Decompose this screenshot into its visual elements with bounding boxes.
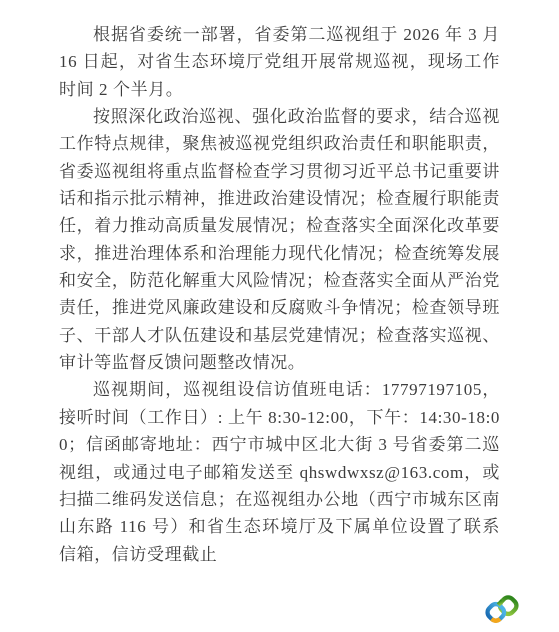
document-body: 根据省委统一部署，省委第二巡视组于 2026 年 3 月 16 日起，对省生态环…: [59, 21, 500, 568]
paragraph-inspection-scope: 按照深化政治巡视、强化政治监督的要求，结合巡视工作特点规律，聚焦被巡视党组织政治…: [59, 103, 500, 376]
document-page: 根据省委统一部署，省委第二巡视组于 2026 年 3 月 16 日起，对省生态环…: [0, 0, 559, 632]
interlocking-rings-icon: [483, 590, 521, 628]
paragraph-contact-info: 巡视期间，巡视组设信访值班电话：17797197105，接听时间（工作日）: 上…: [59, 376, 500, 567]
paragraph-intro: 根据省委统一部署，省委第二巡视组于 2026 年 3 月 16 日起，对省生态环…: [59, 21, 500, 103]
logo-yellow-accent: [492, 619, 501, 621]
logo: [483, 590, 521, 628]
logo-weave-segment: [498, 601, 502, 605]
